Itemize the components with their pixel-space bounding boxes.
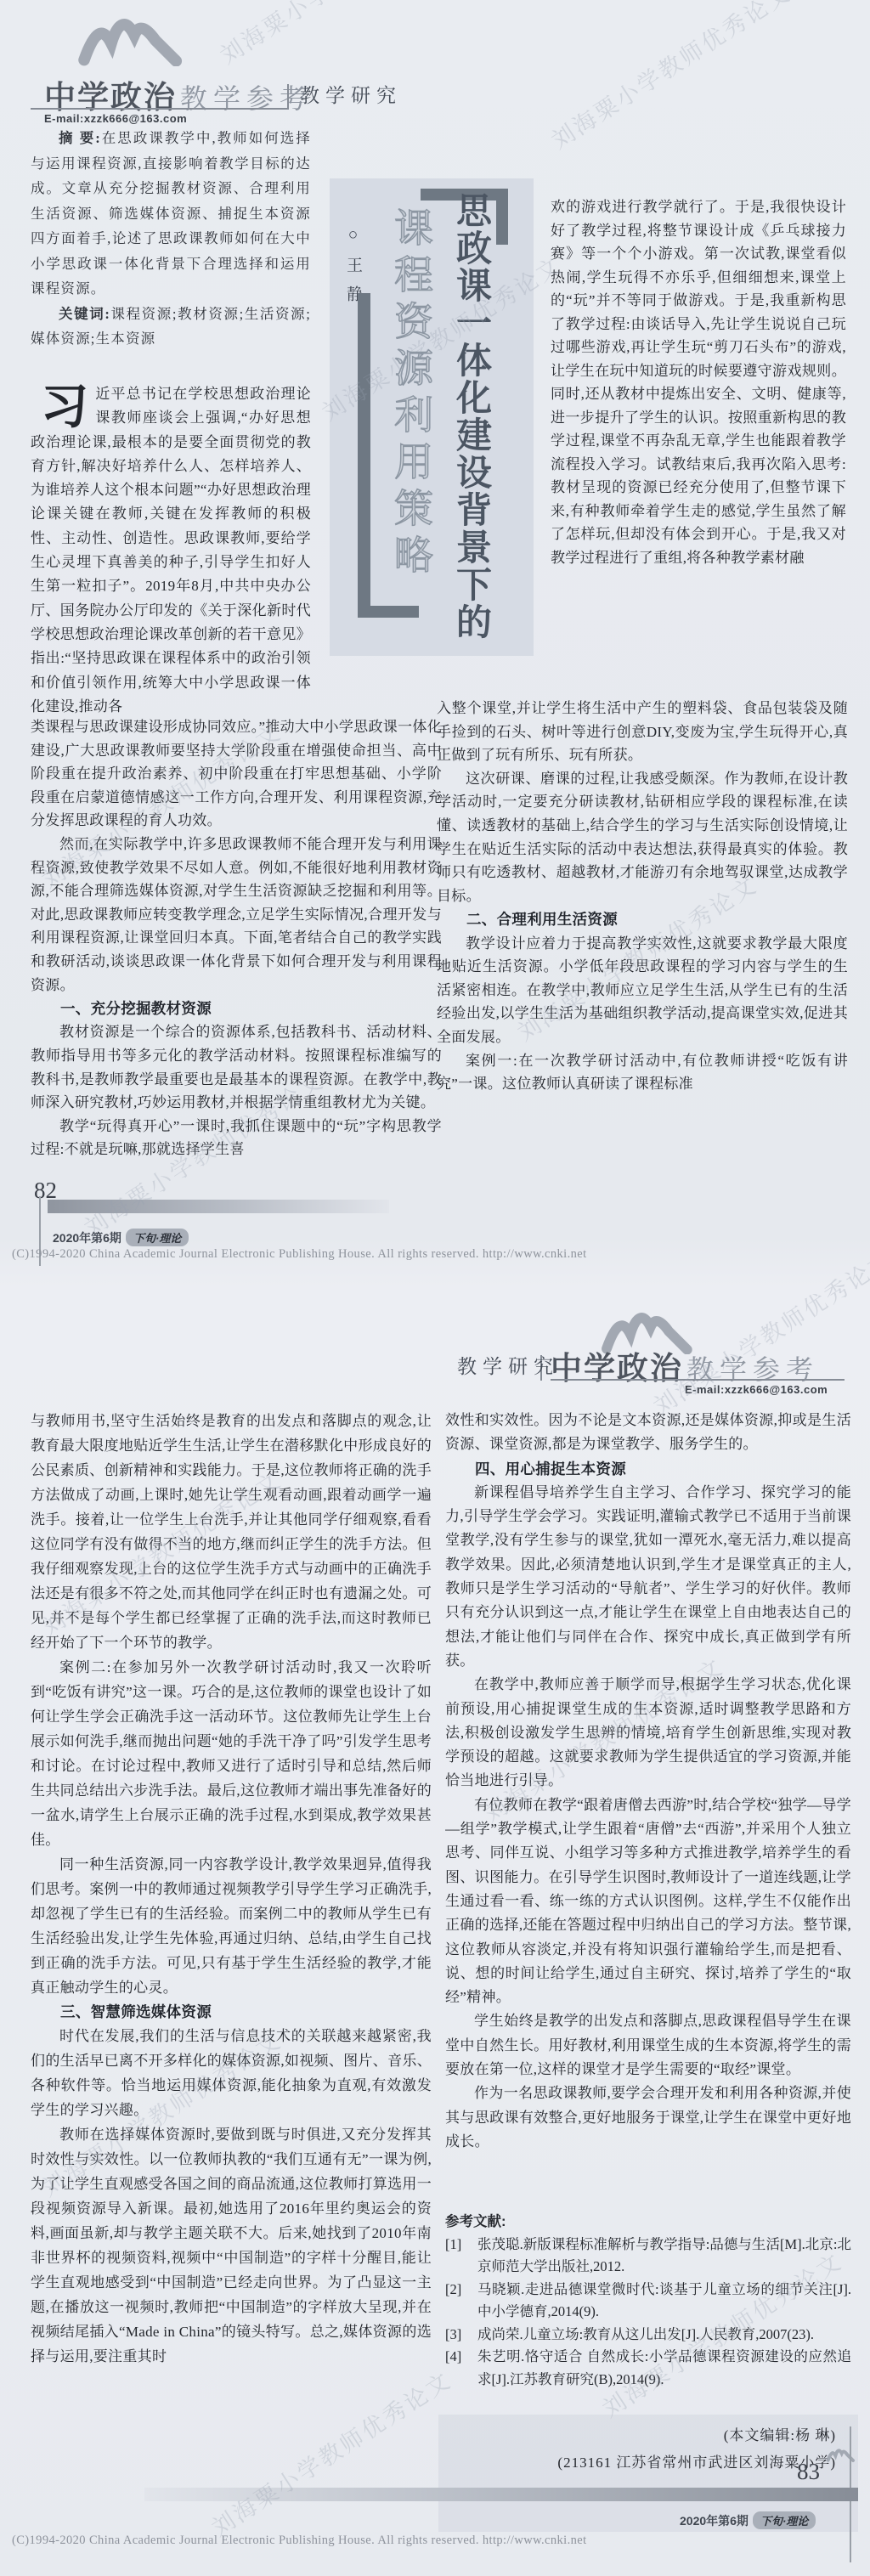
- body-paragraph: 案例一:在一次教学研讨活动中,有位教师讲授“吃饭有讲究”一课。这位教师认真研读了…: [437, 1049, 848, 1096]
- body-paragraph: 入整个课堂,并让学生将生活中产生的塑料袋、食品包装袋及随手捡到的石头、树叶等进行…: [437, 697, 848, 767]
- journal-email: E-mail:xzzk666@163.com: [44, 112, 187, 125]
- body-paragraph: 同一种生活资源,同一内容教学设计,教学效果迥异,值得我们思考。案例一中的教师通过…: [31, 1852, 432, 2000]
- affiliation: (213161 江苏省常州市武进区刘海粟小学): [445, 2450, 836, 2471]
- body-paragraph: 案例二:在参加另外一次教学研讨活动时,我又一次聆听到“吃饭有讲究”这一课。巧合的…: [31, 1655, 432, 1852]
- article-title-box: 思政课一体化建设背景下的 课程资源利用策略 ○王静: [330, 178, 534, 656]
- abstract-block: 摘 要:在思政课教学中,教师如何选择与运用课程资源,直接影响着教学目标的达成。文…: [31, 126, 311, 352]
- section-label: 教学研究: [457, 1351, 559, 1379]
- issue-line: 2020年第6期下旬·理论: [53, 1229, 189, 1246]
- body-paragraph: 欢的游戏进行教学就行了。于是,我很快设计好了教学过程,将整节课设计成《乒乓球接力…: [551, 195, 846, 569]
- reference-text: 成尚荣.儿童立场:教育从这儿出发[J].人民教育,2007(23).: [477, 2324, 851, 2347]
- reference-item: [3] 成尚荣.儿童立场:教育从这儿出发[J].人民教育,2007(23).: [445, 2324, 851, 2347]
- issue-text: 2020年第6期: [53, 1231, 121, 1245]
- edition-badge: 下旬·理论: [126, 1229, 189, 1246]
- copyright-line: (C)1994-2020 China Academic Journal Elec…: [12, 1247, 862, 1262]
- article-title-sub: 课程资源利用策略: [382, 207, 438, 615]
- corner-bracket-top-side: [496, 189, 508, 245]
- abstract-text: 在思政课教学中,教师如何选择与运用课程资源,直接影响着教学目标的达成。文章从充分…: [31, 130, 311, 297]
- body-paragraph: 有位教师在教学“跟着唐僧去西游”时,结合学校“独学—导学—组学”教学模式,让学生…: [445, 1794, 851, 2010]
- body-paragraph: 新课程倡导培养学生自主学习、合作学习、探究学习的能力,引导学生学会学习。实践证明…: [445, 1481, 851, 1673]
- body-paragraph: 与教师用书,坚守生活始终是教育的出发点和落脚点的观念,让教育最大限度地贴近学生生…: [31, 1409, 432, 1655]
- abstract-label: 摘 要:: [59, 130, 101, 146]
- journal-logo-mountain-icon: [75, 12, 202, 66]
- corner-bracket-bottom-side: [358, 293, 370, 618]
- body-paragraph: 作为一名思政课教师,要学会合理开发和利用各种资源,并使其与思政课有效整合,更好地…: [445, 2082, 851, 2154]
- reference-number: [1]: [445, 2234, 477, 2279]
- scanned-journal-spread: 刘海粟小学教师优秀论文 刘海粟小学教师优秀论文 刘海粟小学教师优秀论文 刘海粟小…: [0, 0, 870, 2576]
- reference-number: [2]: [445, 2279, 477, 2324]
- page-82: 中学政治 教学参考 教学研究 E-mail:xzzk666@163.com 摘 …: [0, 0, 870, 1288]
- issue-line: 2020年第6期下旬·理论: [680, 2511, 816, 2529]
- issue-text: 2020年第6期: [680, 2514, 749, 2528]
- body-paragraph: 学生始终是教学的出发点和落脚点,思政课程倡导学生在课堂中自然生长。用好教材,利用…: [445, 2009, 851, 2082]
- section-label: 教学研究: [300, 80, 402, 108]
- corner-bracket-bottom: [358, 606, 419, 618]
- keywords-label: 关键词:: [59, 306, 110, 322]
- body-column-left: 与教师用书,坚守生活始终是教育的出发点和落脚点的观念,让教育最大限度地贴近学生生…: [31, 1409, 432, 2510]
- body-column-left-narrow: 习近平总书记在学校思想政治理论课教师座谈会上强调,“办好思想政治理论课,最根本的…: [31, 382, 311, 715]
- body-paragraph: 这次研课、磨课的过程,让我感受颇深。作为教师,在设计教学活动时,一定要充分研读教…: [437, 767, 848, 908]
- reference-number: [3]: [445, 2324, 477, 2347]
- edition-badge: 下旬·理论: [753, 2511, 816, 2529]
- section-heading-2: 二、合理利用生活资源: [437, 907, 848, 931]
- author-mark: ○: [344, 226, 362, 257]
- body-paragraph: 教材资源是一个综合的资源体系,包括教科书、活动材料、教师指导用书等多元化的教学活…: [31, 1020, 442, 1114]
- body-column-right-narrow: 欢的游戏进行教学就行了。于是,我很快设计好了教学过程,将整节课设计成《乒乓球接力…: [551, 195, 846, 697]
- references-title: 参考文献:: [445, 2211, 851, 2234]
- editor-note: (本文编辑:杨 琳): [445, 2423, 836, 2444]
- abstract-paragraph: 摘 要:在思政课教学中,教师如何选择与运用课程资源,直接影响着教学目标的达成。文…: [31, 126, 311, 302]
- page-number: 83: [797, 2459, 820, 2485]
- body-paragraph: 效性和实效性。因为不论是文本资源,还是媒体资源,抑或是生活资源、课堂资源,都是为…: [445, 1409, 851, 1457]
- article-title-main: 思政课一体化建设背景下的: [445, 192, 496, 642]
- journal-name-main: 中学政治: [44, 81, 177, 116]
- keywords-paragraph: 关键词:课程资源;教材资源;生活资源;媒体资源;生本资源: [31, 302, 311, 352]
- journal-name: 中学政治 教学参考: [44, 71, 313, 117]
- header-divider: [287, 84, 289, 110]
- section-heading-4: 四、用心捕捉生本资源: [445, 1457, 851, 1481]
- body-paragraph: 习近平总书记在学校思想政治理论课教师座谈会上强调,“办好思想政治理论课,最根本的…: [31, 382, 311, 715]
- section-heading-1: 一、充分挖掘教材资源: [31, 997, 442, 1020]
- header-rule: [31, 108, 287, 110]
- copyright-line: (C)1994-2020 China Academic Journal Elec…: [12, 2534, 862, 2548]
- drop-cap: 习: [41, 386, 88, 430]
- journal-mark-icon: [826, 2445, 860, 2464]
- section-heading-3: 三、智慧筛选媒体资源: [31, 2000, 432, 2024]
